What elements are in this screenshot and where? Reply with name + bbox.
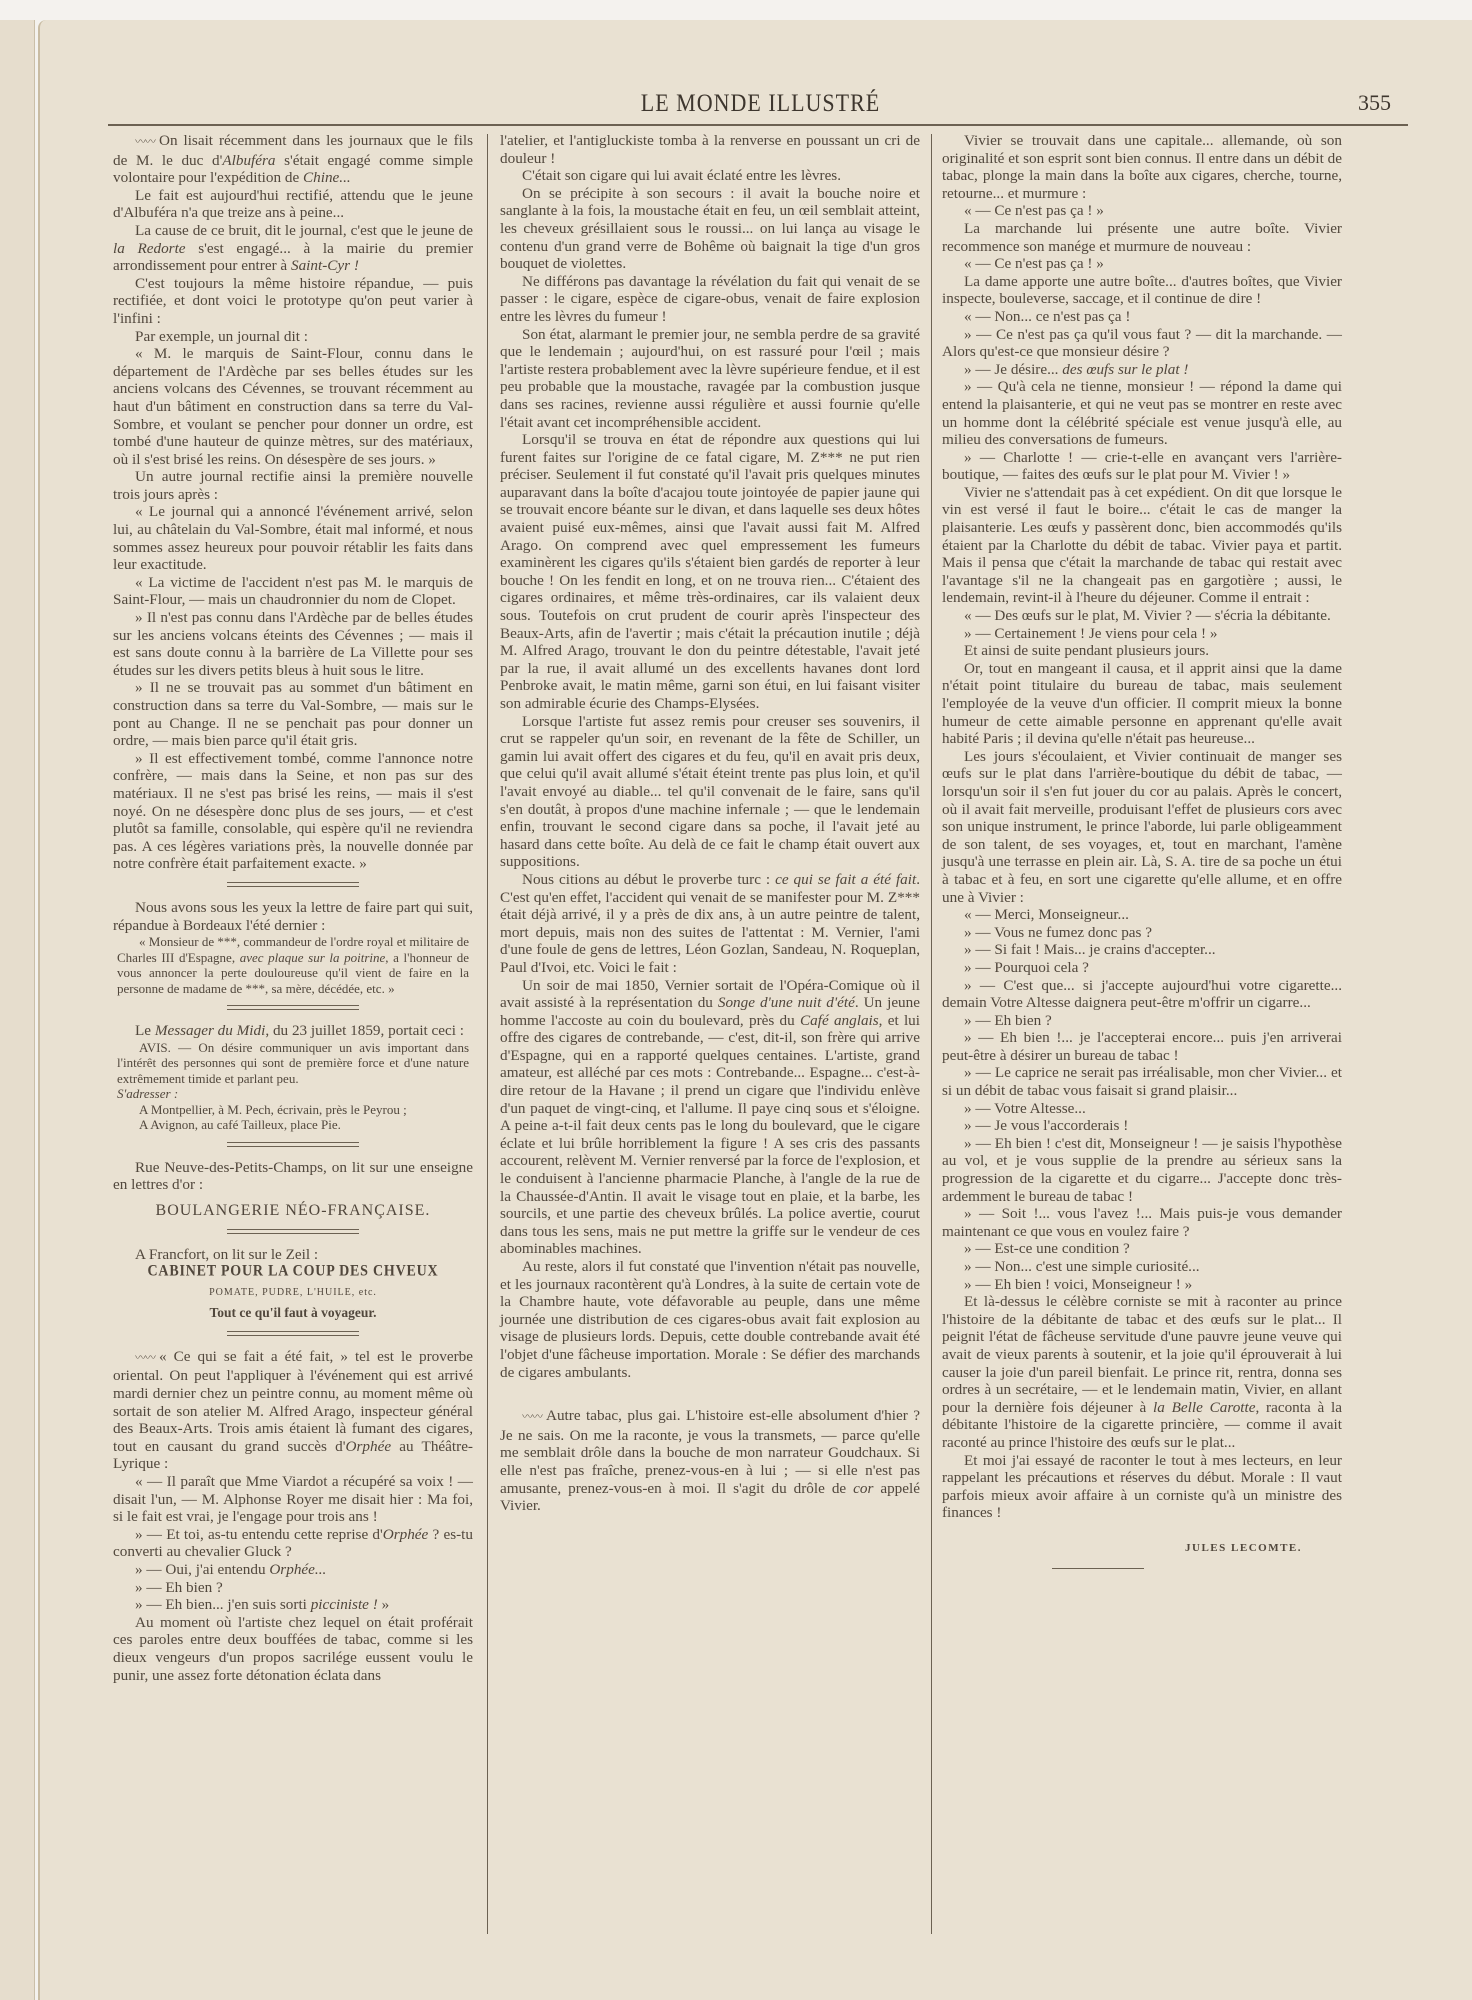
spacer [500,1381,920,1407]
paragraph: C'était son cigare qui lui avait éclaté … [500,167,920,185]
paragraph: Les jours s'écoulaient, et Vivier contin… [942,748,1342,906]
column-1: 〰〰On lisait récemment dans les journaux … [113,132,473,1684]
paragraph: « Le journal qui a annoncé l'événement a… [113,503,473,573]
paragraph: Vivier se trouvait dans une capitale... … [942,132,1342,202]
dialogue-line: « — Ce n'est pas ça ! » [942,255,1342,273]
paragraph: 〰〰Autre tabac, plus gai. L'histoire est-… [500,1407,920,1515]
paragraph: La marchande lui présente une autre boît… [942,220,1342,255]
dialogue-line: » — Eh bien ! voici, Monseigneur ! » [942,1276,1342,1294]
dialogue-line: » — Je vous l'accorderais ! [942,1117,1342,1135]
header-rule [108,124,1408,126]
article-cigare: 〰〰« Ce qui se fait a été fait, » tel est… [113,1348,473,1684]
paragraph: » Il ne se trouvait pas au sommet d'un b… [113,679,473,749]
paragraph: On se précipite à son secours : il avait… [500,185,920,273]
paragraph: » Il est effectivement tombé, comme l'an… [113,750,473,873]
paragraph: Au reste, alors il fut constaté que l'in… [500,1258,920,1381]
paragraph: Vivier ne s'attendait pas à cet expédien… [942,484,1342,607]
paragraph: A Francfort, on lit sur le Zeil : [113,1246,473,1264]
paragraph: Rue Neuve-des-Petits-Champs, on lit sur … [113,1159,473,1194]
paragraph: Lorsqu'il se trouva en état de répondre … [500,431,920,713]
author-signature: JULES LECOMTE. [942,1540,1342,1558]
paragraph: Ne différons pas davantage la révélation… [500,273,920,326]
section-divider [227,1331,359,1336]
paragraph: Un autre journal rectifie ainsi la premi… [113,468,473,503]
dialogue-line: » — Vous ne fumez donc pas ? [942,924,1342,942]
paragraph: » Il n'est pas connu dans l'Ardèche par … [113,609,473,679]
paragraph: 〰〰« Ce qui se fait a été fait, » tel est… [113,1348,473,1473]
article-messager: Le Messager du Midi, du 23 juillet 1859,… [113,1022,473,1133]
dialogue-line: » — Non... c'est une simple curiosité... [942,1258,1342,1276]
dialogue-line: » — Je désire... des œufs sur le plat ! [942,361,1342,379]
dialogue-line: » — Eh bien... j'en suis sorti piccinist… [113,1596,473,1614]
paragraph: Et là-dessus le célèbre corniste se mit … [942,1293,1342,1451]
shop-sign-title: CABINET POUR LA COUP DES CHVEUX [113,1262,473,1282]
dialogue-line: » — Eh bien ? [942,1012,1342,1030]
paragraph: Nous citions au début le proverbe turc :… [500,871,920,977]
dialogue-line: » — Si fait ! Mais... je crains d'accept… [942,941,1342,959]
dialogue-line: » — Charlotte ! — crie-t-elle en avançan… [942,449,1342,484]
dialogue-line: » — Certainement ! Je viens pour cela ! … [942,625,1342,643]
paragraph: La dame apporte une autre boîte... d'aut… [942,273,1342,308]
section-divider [227,882,359,887]
column-rule-1 [487,134,488,1934]
wavy-dash-ornament: 〰〰 [522,1411,542,1423]
paragraph: Nous avons sous les yeux la lettre de fa… [113,899,473,934]
shop-sign-bakery: BOULANGERIE NÉO-FRANÇAISE. [113,1202,473,1220]
paragraph: Au moment où l'artiste chez lequel on ét… [113,1614,473,1684]
dialogue-line: » — Qu'à cela ne tienne, monsieur ! — ré… [942,378,1342,448]
journal-title: LE MONDE ILLUSTRÉ [108,88,1413,118]
paragraph: 〰〰On lisait récemment dans les journaux … [113,132,473,187]
paragraph: Et moi j'ai essayé de raconter le tout à… [942,1452,1342,1522]
dialogue-line: » — C'est que... si j'accepte aujourd'hu… [942,977,1342,1012]
previous-page-edge [0,20,35,2000]
avis-notice: AVIS. — On désire communiquer un avis im… [113,1040,473,1087]
page-number: 355 [1358,90,1391,116]
paragraph: Son état, alarmant le premier jour, ne s… [500,326,920,432]
column-rule-2 [931,134,932,1934]
paragraph: Le fait est aujourd'hui rectifié, attend… [113,187,473,222]
dialogue-line: » — Soit !... vous l'avez !... Mais puis… [942,1205,1342,1240]
paragraph: Par exemple, un journal dit : [113,328,473,346]
paragraph: l'atelier, et l'antigluckiste tomba à la… [500,132,920,167]
dialogue-line: » — Est-ce une condition ? [942,1240,1342,1258]
dialogue-line: « — Il paraît que Mme Viardot a récupéré… [113,1473,473,1526]
end-rule [1052,1568,1144,1569]
wavy-dash-ornament: 〰〰 [135,136,155,148]
dialogue-line: » — Eh bien ! c'est dit, Monseigneur ! —… [942,1135,1342,1205]
paragraph: La cause de ce bruit, dit le journal, c'… [113,222,473,275]
paragraph: C'est toujours la même histoire répandue… [113,275,473,328]
dialogue-line: » — Ce n'est pas ça qu'il vous faut ? — … [942,326,1342,361]
dialogue-line: « — Des œufs sur le plat, M. Vivier ? — … [942,607,1342,625]
paragraph: « M. le marquis de Saint-Flour, connu da… [113,345,473,468]
paragraph: Lorsque l'artiste fut assez remis pour c… [500,713,920,871]
paragraph: « La victime de l'accident n'est pas M. … [113,574,473,609]
article-enseigne: Rue Neuve-des-Petits-Champs, on lit sur … [113,1159,473,1220]
dialogue-line: » — Le caprice ne serait pas irréalisabl… [942,1064,1342,1099]
article-albufera: 〰〰On lisait récemment dans les journaux … [113,132,473,873]
section-divider [227,1142,359,1147]
paragraph: Un soir de mai 1850, Vernier sortait de … [500,977,920,1259]
section-divider [227,1005,359,1010]
dialogue-line: » — Votre Altesse... [942,1100,1342,1118]
dialogue-line: « — Merci, Monseigneur... [942,906,1342,924]
shop-sign-subtitle: POMATE, PUDRE, L'HUILE, etc. [113,1284,473,1302]
dialogue-line: « — Ce n'est pas ça ! » [942,202,1342,220]
article-faire-part: Nous avons sous les yeux la lettre de fa… [113,899,473,996]
article-francfort: A Francfort, on lit sur le Zeil : CABINE… [113,1246,473,1322]
dialogue-line: » — Eh bien ? [113,1579,473,1597]
paragraph: Le Messager du Midi, du 23 juillet 1859,… [113,1022,473,1040]
paragraph: Or, tout en mangeant il causa, et il app… [942,660,1342,748]
address-line: A Montpellier, à M. Pech, écrivain, près… [113,1102,473,1118]
dialogue-line: » — Oui, j'ai entendu Orphée... [113,1561,473,1579]
shop-sign-tagline: Tout ce qu'il faut à voyageur. [113,1304,473,1322]
address-line: A Avignon, au café Tailleux, place Pie. [113,1117,473,1133]
column-3: Vivier se trouvait dans une capitale... … [942,132,1342,1569]
running-head: LE MONDE ILLUSTRÉ 355 [108,90,1413,126]
dialogue-line: » — Pourquoi cela ? [942,959,1342,977]
dialogue-line: « — Non... ce n'est pas ça ! [942,308,1342,326]
sadresser-label: S'adresser : [113,1086,473,1102]
column-2: l'atelier, et l'antigluckiste tomba à la… [500,132,920,1515]
dialogue-line: » — Eh bien !... je l'accepterai encore.… [942,1029,1342,1064]
quoted-letter: « Monsieur de ***, commandeur de l'ordre… [113,934,473,996]
paragraph: Et ainsi de suite pendant plusieurs jour… [942,642,1342,660]
dialogue-line: » — Et toi, as-tu entendu cette reprise … [113,1526,473,1561]
section-divider [227,1229,359,1234]
wavy-dash-ornament: 〰〰 [135,1352,155,1364]
